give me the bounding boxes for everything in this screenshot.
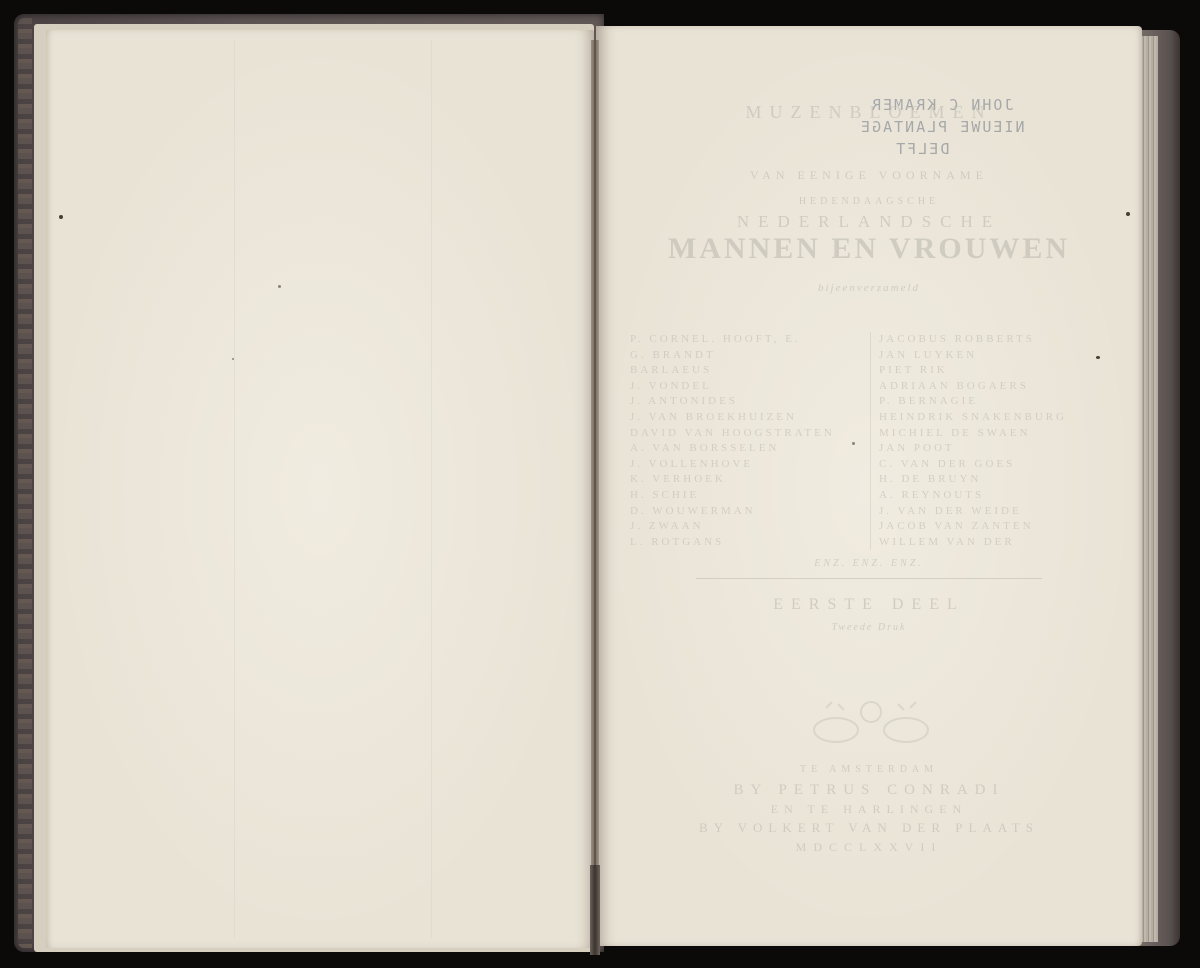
author-name: C. VAN DER GOES (879, 457, 1100, 473)
left-page (46, 30, 594, 948)
author-name: JACOBUS ROBBERTS (879, 332, 1100, 348)
ghost-imprint-1: TE AMSTERDAM (596, 764, 1142, 775)
author-name: A. REYNOUTS (879, 488, 1100, 504)
author-name: P. BERNAGIE (879, 394, 1100, 410)
ghost-imprint-3: EN TE HARLINGEN (596, 802, 1142, 817)
author-name: BARLAEUS (630, 363, 860, 379)
author-name: J. VAN DER WEIDE (879, 504, 1100, 520)
author-name: JACOB VAN ZANTEN (879, 519, 1100, 535)
author-name: J. ZWAAN (630, 519, 860, 535)
ghost-rule (696, 578, 1042, 579)
author-name: H. SCHIE (630, 488, 860, 504)
ghost-title: MANNEN EN VROUWEN (596, 232, 1142, 266)
ghost-subtitle: bijeenverzameld (596, 282, 1142, 294)
author-column-right: JACOBUS ROBBERTS JAN LUYKEN PIET RIK ADR… (870, 332, 1100, 550)
printer-ornament-icon (796, 694, 946, 754)
ghost-imprint-4: BY VOLKERT VAN DER PLAATS (596, 820, 1142, 836)
author-name: MICHIEL DE SWAEN (879, 426, 1100, 442)
author-name: DAVID VAN HOOGSTRATEN (630, 426, 860, 442)
ghost-author-columns: P. CORNEL. HOOFT, E. G. BRANDT BARLAEUS … (630, 332, 1100, 550)
author-name: H. DE BRUYN (879, 472, 1100, 488)
author-name: J. ANTONIDES (630, 394, 860, 410)
ghost-edition: Tweede Druk (596, 622, 1142, 633)
ghost-line4: NEDERLANDSCHE (596, 212, 1142, 232)
foxing-spot (1096, 356, 1100, 359)
ghost-imprint-5: MDCCLXXVII (596, 840, 1142, 855)
open-book: JOHN C KRAMER NIEUWE PLANTAGE DELFT MUZE… (0, 0, 1200, 968)
foxing-spot (59, 215, 63, 219)
author-name: J. VAN BROEKHUIZEN (630, 410, 860, 426)
author-name: K. VERHOEK (630, 472, 860, 488)
ghost-line3: HEDENDAAGSCHE (596, 196, 1142, 207)
author-name: ADRIAAN BOGAERS (879, 379, 1100, 395)
author-name: JAN POOT (879, 441, 1100, 457)
right-page: JOHN C KRAMER NIEUWE PLANTAGE DELFT MUZE… (596, 26, 1142, 946)
chain-line (431, 40, 432, 938)
author-name: PIET RIK (879, 363, 1100, 379)
ghost-line1: MUZENBLOEMEN (596, 102, 1142, 123)
foxing-spot (1126, 212, 1130, 216)
author-name: G. BRANDT (630, 348, 860, 364)
author-name: WILLEM VAN DER (879, 535, 1100, 551)
author-name: L. ROTGANS (630, 535, 860, 551)
foxing-spot (278, 285, 281, 288)
author-name: A. VAN BORSSELEN (630, 441, 860, 457)
book-gutter (591, 40, 599, 940)
author-name: HEINDRIK SNAKENBURG (879, 410, 1100, 426)
spine-tear (590, 865, 600, 955)
author-name: JAN LUYKEN (879, 348, 1100, 364)
foxing-spot (232, 358, 234, 360)
chain-line (234, 40, 235, 938)
ghost-volume: EERSTE DEEL (596, 596, 1142, 614)
foxing-spot (852, 442, 855, 445)
author-name: J. VOLLENHOVE (630, 457, 860, 473)
author-name: J. VONDEL (630, 379, 860, 395)
author-name: P. CORNEL. HOOFT, E. (630, 332, 860, 348)
author-column-left: P. CORNEL. HOOFT, E. G. BRANDT BARLAEUS … (630, 332, 860, 550)
stamp-line: DELFT (859, 138, 1024, 160)
author-name: D. WOUWERMAN (630, 504, 860, 520)
ghost-line2: VAN EENIGE VOORNAME (596, 168, 1142, 183)
ghost-imprint-2: BY PETRUS CONRADI (596, 782, 1142, 799)
ghost-enz: ENZ. ENZ. ENZ. (596, 558, 1142, 569)
